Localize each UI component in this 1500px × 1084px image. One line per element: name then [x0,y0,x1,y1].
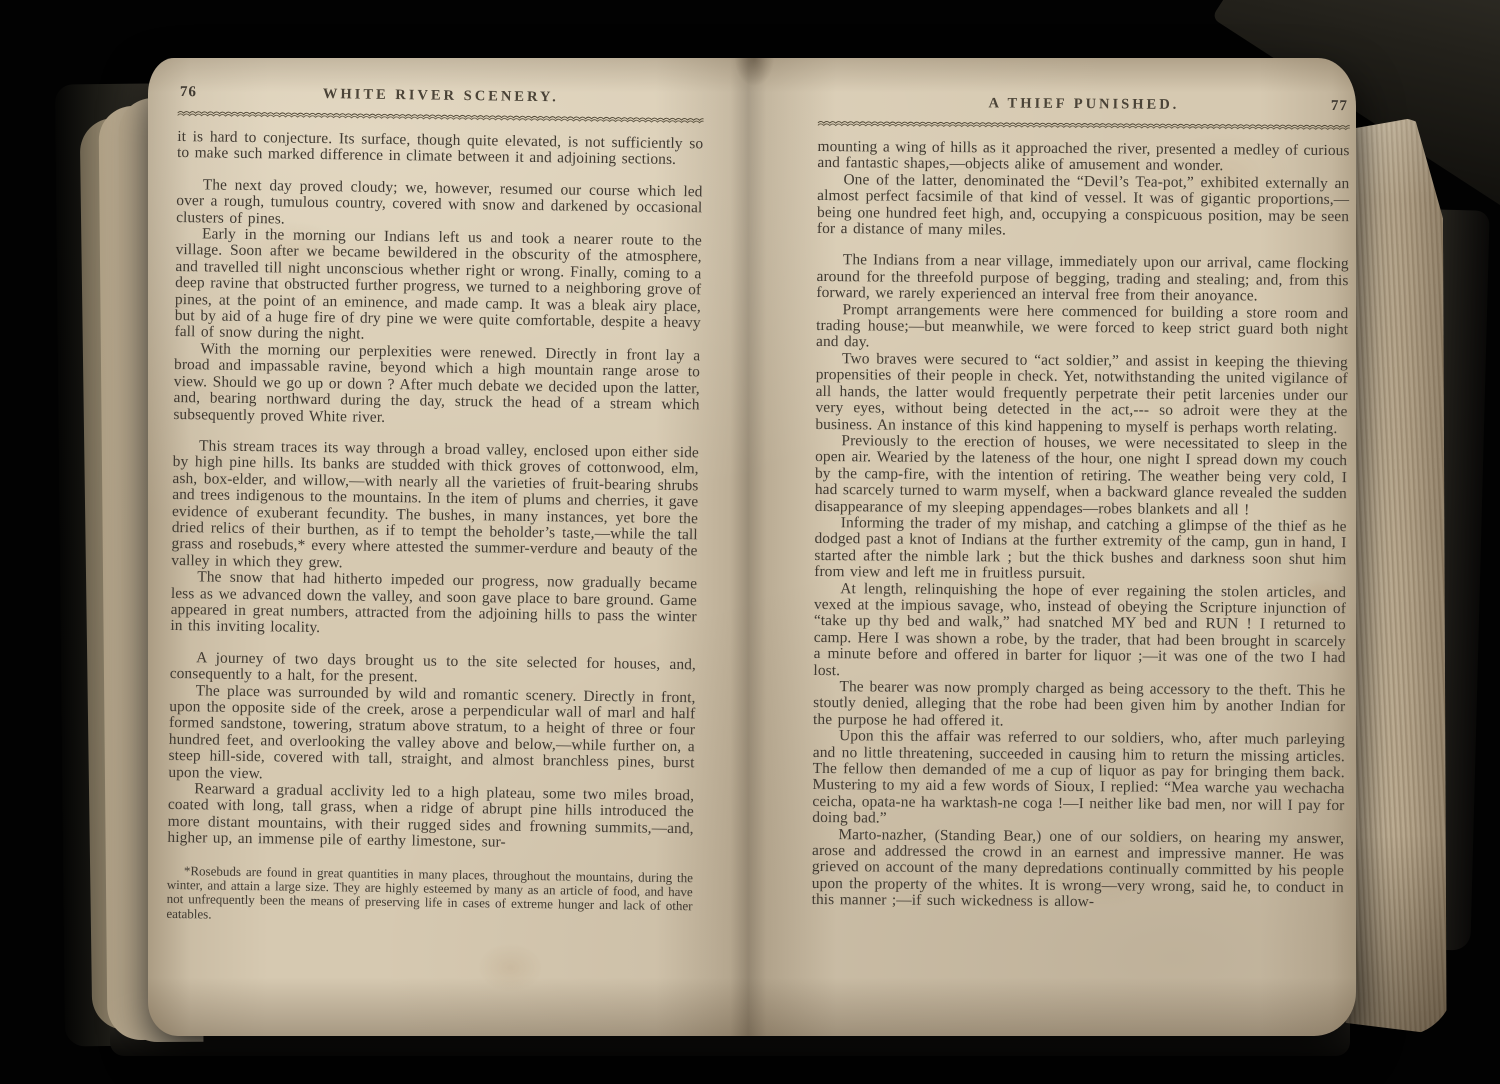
page-number: 76 [180,84,197,101]
body-paragraph: Marto-nazher, (Standing Bear,) one of ou… [812,827,1345,913]
body-paragraph: Informing the trader of my mishap, and c… [814,515,1346,585]
body-paragraph: Early in the morning our Indians left us… [174,226,702,348]
body-paragraph: With the morning our perplexities were r… [173,341,700,430]
body-paragraph: The place was surrounded by wild and rom… [168,683,695,789]
right-page-header: A THIEF PUNISHED. 77 [818,94,1350,120]
body-paragraph: it is hard to conjecture. Its surface, t… [177,129,703,169]
body-paragraph: The Indians from a near village, immedia… [816,252,1348,305]
running-head: A THIEF PUNISHED. [818,94,1350,115]
body-paragraph: mounting a wing of hills as it approache… [817,139,1349,176]
book-photo: 76 WHITE RIVER SCENERY. it is hard to co… [0,0,1500,1084]
body-paragraph: At length, relinquishing the hope of eve… [813,581,1346,684]
body-paragraph: One of the latter, denominated the “Devi… [817,172,1349,242]
wavy-rule [818,119,1350,132]
body-paragraph: The bearer was now promply charged as be… [813,679,1345,732]
right-page: A THIEF PUNISHED. 77 mounting a wing of … [812,94,1350,913]
body-paragraph: The next day proved cloudy; we, however,… [176,177,703,234]
body-paragraph: This stream traces its way through a bro… [171,438,699,577]
left-page: 76 WHITE RIVER SCENERY. it is hard to co… [166,84,704,929]
page-number: 77 [1331,98,1348,115]
body-paragraph: The snow that had hitherto impeded our p… [170,569,697,642]
footnote: *Rosebuds are found in great quantities … [166,864,693,929]
body-paragraph: Two braves were secured to “act soldier,… [815,351,1348,437]
right-page-body: mounting a wing of hills as it approache… [812,139,1350,913]
body-paragraph: Prompt arrangements were here commenced … [816,302,1348,355]
left-page-body: it is hard to conjecture. Its surface, t… [167,129,703,854]
body-paragraph: Rearward a gradual acclivity led to a hi… [167,781,694,854]
body-paragraph: Previously to the erection of houses, we… [815,433,1348,519]
body-paragraph: Upon this the affair was referred to our… [812,728,1345,831]
